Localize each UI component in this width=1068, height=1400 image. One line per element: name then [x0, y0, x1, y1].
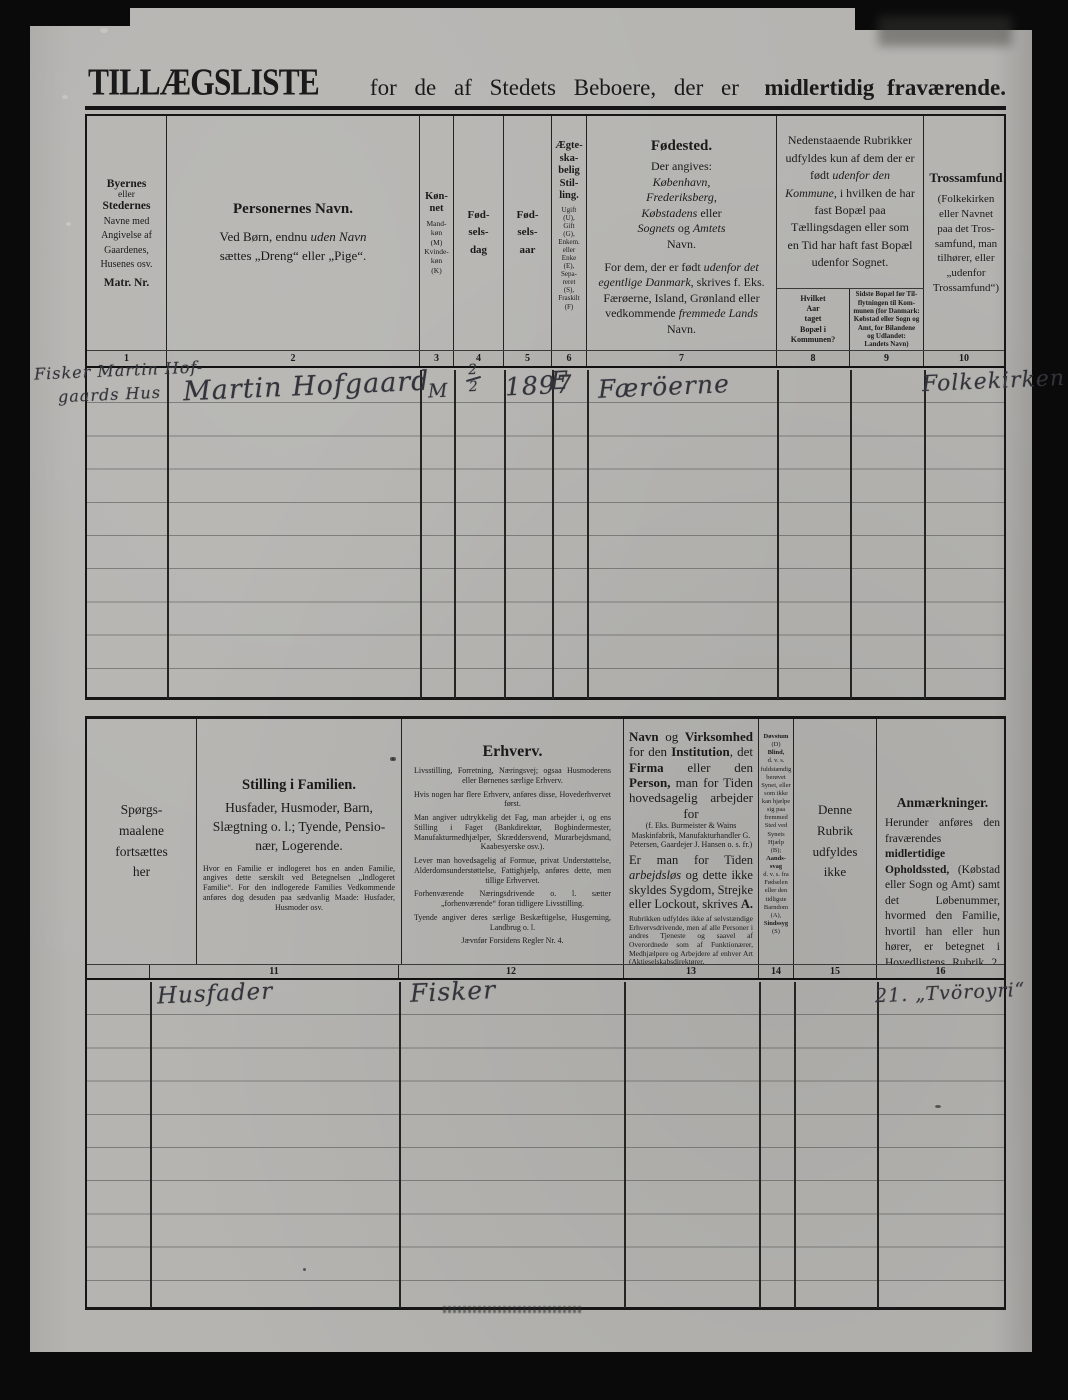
- header-text: Navn og Virksomhed for den Institution, …: [629, 729, 753, 821]
- column-divider: [150, 982, 152, 1308]
- column-divider: [777, 370, 779, 699]
- column-divider: [850, 370, 852, 699]
- film-border-left: [0, 0, 30, 1400]
- header-col11-family-position: Stilling i Familien. Husfader, Husmoder,…: [197, 719, 402, 964]
- header-text: Jævnfør Forsidens Regler Nr. 4.: [461, 936, 563, 946]
- film-speck: [62, 95, 68, 99]
- header-text: Denne Rubrik udfyldes ikke: [813, 800, 858, 883]
- column-number-strip: 1 2 3 4 5 6 7 8 9 10: [87, 350, 1004, 368]
- header-text: (f. Eks. Burmeister & Wains Maskinfabrik…: [629, 821, 753, 850]
- header-text: Døvstum(D)Blind,d. v. s. fuldstændig ber…: [760, 733, 792, 936]
- header-text: Livsstilling, Forretning, Næringsvej; og…: [414, 766, 611, 786]
- column-divider: [454, 370, 456, 699]
- header-text: Stedernes: [103, 200, 151, 212]
- header-col1-place: Byernes eller Stedernes Navne med Angive…: [87, 116, 167, 350]
- header-text: Lever man hovedsagelig af Formue, privat…: [414, 856, 611, 885]
- header-text: Rubrikken udfyldes ikke af selvstændige …: [629, 915, 753, 964]
- header-col9-last-residence: Sidste Bopæl før Til- flytningen til Kom…: [850, 289, 924, 350]
- page-title-middle: for de af Stedets Beboere, der er: [370, 75, 739, 101]
- header-col3-sex: Køn- net Mand- køn (M) Kvinde- køn (K): [420, 116, 454, 350]
- entry-marital-status: E: [549, 366, 569, 396]
- header-text: eller: [118, 190, 135, 200]
- header-text: Sidste Bopæl før Til- flytningen til Kom…: [853, 290, 919, 349]
- header-text: Spørgs- maalene fortsættes her: [115, 800, 168, 884]
- header-text: Tyende angiver deres særlige Beskæftigel…: [414, 913, 611, 933]
- header-text: Herunder anføres den fraværendes midlert…: [885, 816, 1000, 964]
- header-col15-not-filled: Denne Rubrik udfyldes ikke: [794, 719, 877, 964]
- header-text: (Folkekirken eller Navnet paa det Tros- …: [933, 192, 999, 296]
- table-absent-persons-lower: Spørgs- maalene fortsættes her Stilling …: [85, 716, 1006, 1310]
- column-number: 15: [794, 965, 877, 978]
- entry-birthplace: Færöerne: [597, 369, 730, 404]
- film-border-right: [1032, 0, 1068, 1400]
- entry-rows-area: [87, 982, 1004, 1308]
- header-col10-denomination: Trossamfund (Folkekirken eller Navnet pa…: [924, 116, 1008, 350]
- header-text: Er man for Tiden arbejdsløs og dette ikk…: [629, 853, 753, 912]
- header-text: Byernes: [107, 178, 147, 190]
- header-text: Nedenstaaende Rubrikker udfyldes kun af …: [785, 132, 915, 271]
- column-number: 5: [504, 351, 552, 366]
- column-number: 2: [167, 351, 420, 366]
- entry-rows-area: [87, 370, 1004, 699]
- header-text: Hvor en Familie er indlogeret hos en and…: [203, 864, 395, 913]
- ghost-text-artifact: [878, 16, 1012, 46]
- header-col6-marital: Ægte- ska- belig Stil- ling. Ugift (U), …: [552, 116, 587, 350]
- page-title-bold-end: midlertidig fraværende.: [764, 75, 1006, 101]
- column-number-empty: [87, 965, 150, 978]
- title-rule: [85, 106, 1006, 110]
- column-number: 3: [420, 351, 454, 366]
- header-text: Man angiver udtrykkelig det Fag, man arb…: [414, 813, 611, 852]
- page-title-word: TILLÆGSLISTE: [88, 61, 319, 104]
- header-text: For dem, der er født udenfor det egentli…: [597, 260, 766, 338]
- header-text: Fød- sels- aar: [517, 207, 539, 260]
- column-divider: [877, 982, 879, 1308]
- column-number: 8: [777, 351, 850, 366]
- column-number: 16: [877, 965, 1004, 978]
- header-col12-occupation: Erhverv. Livsstilling, Forretning, Nærin…: [402, 719, 624, 964]
- header-text: Ægte- ska- belig Stil- ling.: [555, 140, 582, 203]
- column-number: 14: [759, 965, 794, 978]
- header-text: Hvis nogen har flere Erhverv, anføres di…: [414, 790, 611, 810]
- header-text: Hvilket Aar taget Bopæl i Kommunen?: [791, 294, 835, 346]
- birth-date-day: 2: [468, 364, 478, 378]
- header-col5-birthyear: Fød- sels- aar: [504, 116, 552, 350]
- film-border-bottom: [0, 1352, 1068, 1400]
- table-absent-persons-upper: Byernes eller Stedernes Navne med Angive…: [85, 114, 1006, 700]
- header-text: Stilling i Familien.: [242, 777, 356, 794]
- header-text: Fødested.: [651, 138, 712, 155]
- header-col4-birthday: Fød- sels- dag: [454, 116, 504, 350]
- column-divider: [624, 982, 626, 1308]
- header-text: Ugift (U), Gift (G), Enkem. eller Enke (…: [558, 206, 580, 311]
- entry-birth-date: 2 2: [465, 364, 481, 395]
- printer-imprint: [443, 1306, 583, 1313]
- header-margin-note: Spørgs- maalene fortsættes her: [87, 719, 197, 964]
- column-divider: [504, 370, 506, 699]
- header-text: Ved Børn, endnu uden Navnsættes „Dreng“ …: [220, 227, 367, 266]
- column-divider: [420, 370, 422, 699]
- header-text: Mand- køn (M) Kvinde- køn (K): [424, 219, 449, 275]
- header-text: Der angives:København,Frederiksberg,Købs…: [637, 159, 725, 253]
- entry-sex: M: [428, 380, 449, 403]
- column-divider: [552, 370, 554, 699]
- header-text: Matr. Nr.: [104, 277, 149, 289]
- column-number: 11: [150, 965, 399, 978]
- paper-speck: [390, 757, 394, 761]
- header-text: Trossamfund: [929, 170, 1002, 186]
- header-text: Køn- net: [425, 191, 448, 216]
- film-speck: [66, 222, 71, 226]
- entry-occupation: Fisker: [409, 975, 496, 1008]
- column-number: 9: [850, 351, 924, 366]
- column-number-strip: 11 12 13 14 15 16: [87, 964, 1004, 980]
- column-divider: [759, 982, 761, 1308]
- film-speck: [100, 28, 108, 33]
- column-divider: [924, 370, 926, 699]
- birth-date-month: 2: [469, 381, 479, 395]
- header-col14-disabilities: Døvstum(D)Blind,d. v. s. fuldstændig ber…: [759, 719, 794, 964]
- page-title: TILLÆGSLISTE for de af Stedets Beboere, …: [88, 64, 1006, 104]
- header-col8-9-shared: Nedenstaaende Rubrikker udfyldes kun af …: [777, 116, 924, 288]
- header-col8-year-moved: Hvilket Aar taget Bopæl i Kommunen?: [777, 289, 850, 350]
- header-col2-name: Personernes Navn. Ved Børn, endnu uden N…: [167, 116, 420, 350]
- column-number: 10: [924, 351, 1004, 366]
- column-divider: [587, 370, 589, 699]
- header-text: Anmærkninger.: [897, 795, 988, 811]
- column-divider: [794, 982, 796, 1308]
- header-text: Forhenværende Næringsdrivende o. l. sætt…: [414, 889, 611, 909]
- header-text: Personernes Navn.: [233, 201, 353, 218]
- microfilm-frame: TILLÆGSLISTE for de af Stedets Beboere, …: [0, 0, 1068, 1400]
- header-col7-birthplace: Fødested. Der angives:København,Frederik…: [587, 116, 777, 350]
- column-number: 13: [624, 965, 759, 978]
- header-text: Husfader, Husmoder, Barn, Slægtning o. l…: [213, 799, 385, 856]
- column-number: 12: [399, 965, 624, 978]
- header-text: Fød- sels- dag: [468, 207, 490, 260]
- film-border-top-left: [0, 0, 130, 26]
- entry-family-position: Husfader: [156, 978, 273, 1009]
- header-text: Erhverv.: [483, 743, 543, 761]
- header-col13-employer: Navn og Virksomhed for den Institution, …: [624, 719, 759, 964]
- column-divider: [167, 370, 169, 699]
- column-number: 7: [587, 351, 777, 366]
- header-text: Navne med Angivelse af Gaardenes, Husene…: [100, 215, 152, 273]
- header-col16-remarks: Anmærkninger. Herunder anføres den fravæ…: [877, 719, 1008, 964]
- column-number: 6: [552, 351, 587, 366]
- column-divider: [399, 982, 401, 1308]
